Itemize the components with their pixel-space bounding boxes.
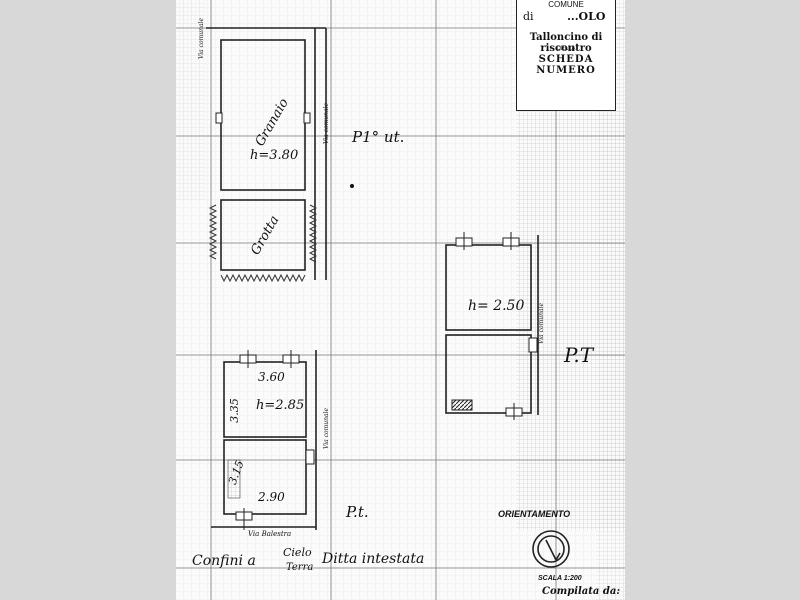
room-dim-width-2: 2.90 [258, 490, 285, 504]
confini-prefix: Confini a [192, 553, 256, 569]
comune-label: COMUNE [517, 0, 615, 9]
della-label: DELLA [517, 46, 615, 52]
street-label-via-comunale-3: Via comunale [323, 408, 330, 449]
street-label-via-balestra: Via Balestra [248, 530, 291, 538]
cadastral-plan-sheet: COMUNE di ...OLO Talloncino di riscontro… [176, 0, 625, 600]
comune-name: ...OLO [567, 10, 605, 23]
confini-ditta: Ditta intestata [322, 551, 424, 567]
floor-label-pt-bottom: P.t. [346, 503, 369, 521]
di-label: di [523, 10, 534, 23]
street-label-via-comunale-1: Via comunale [323, 103, 330, 144]
room-dim-width: 3.60 [258, 370, 285, 384]
scheda-numero: SCHEDA NUMERO [517, 54, 615, 76]
floor-label-pt-right: P.T [564, 343, 593, 367]
floor-label-primo-piano: P1° ut. [352, 128, 404, 146]
street-label-via-comunale-2: Via comunale [538, 303, 545, 344]
room-height-right: h= 2.50 [468, 298, 524, 314]
confini-cielo: Cielo [283, 546, 312, 559]
registration-stub: COMUNE di ...OLO Talloncino di riscontro… [516, 0, 616, 111]
confini-terra: Terra [286, 562, 313, 573]
scala-label: SCALA 1:200 [538, 575, 582, 582]
room-height-bottom: h=2.85 [256, 398, 304, 413]
orientamento-label: ORIENTAMENTO [498, 509, 570, 519]
compilata-label: Compilata da: [542, 586, 620, 597]
room-dim-depth: 3.35 [228, 398, 241, 423]
room-height-granaio: h=3.80 [250, 148, 298, 163]
street-label-top-left: Via comunale [198, 18, 205, 59]
